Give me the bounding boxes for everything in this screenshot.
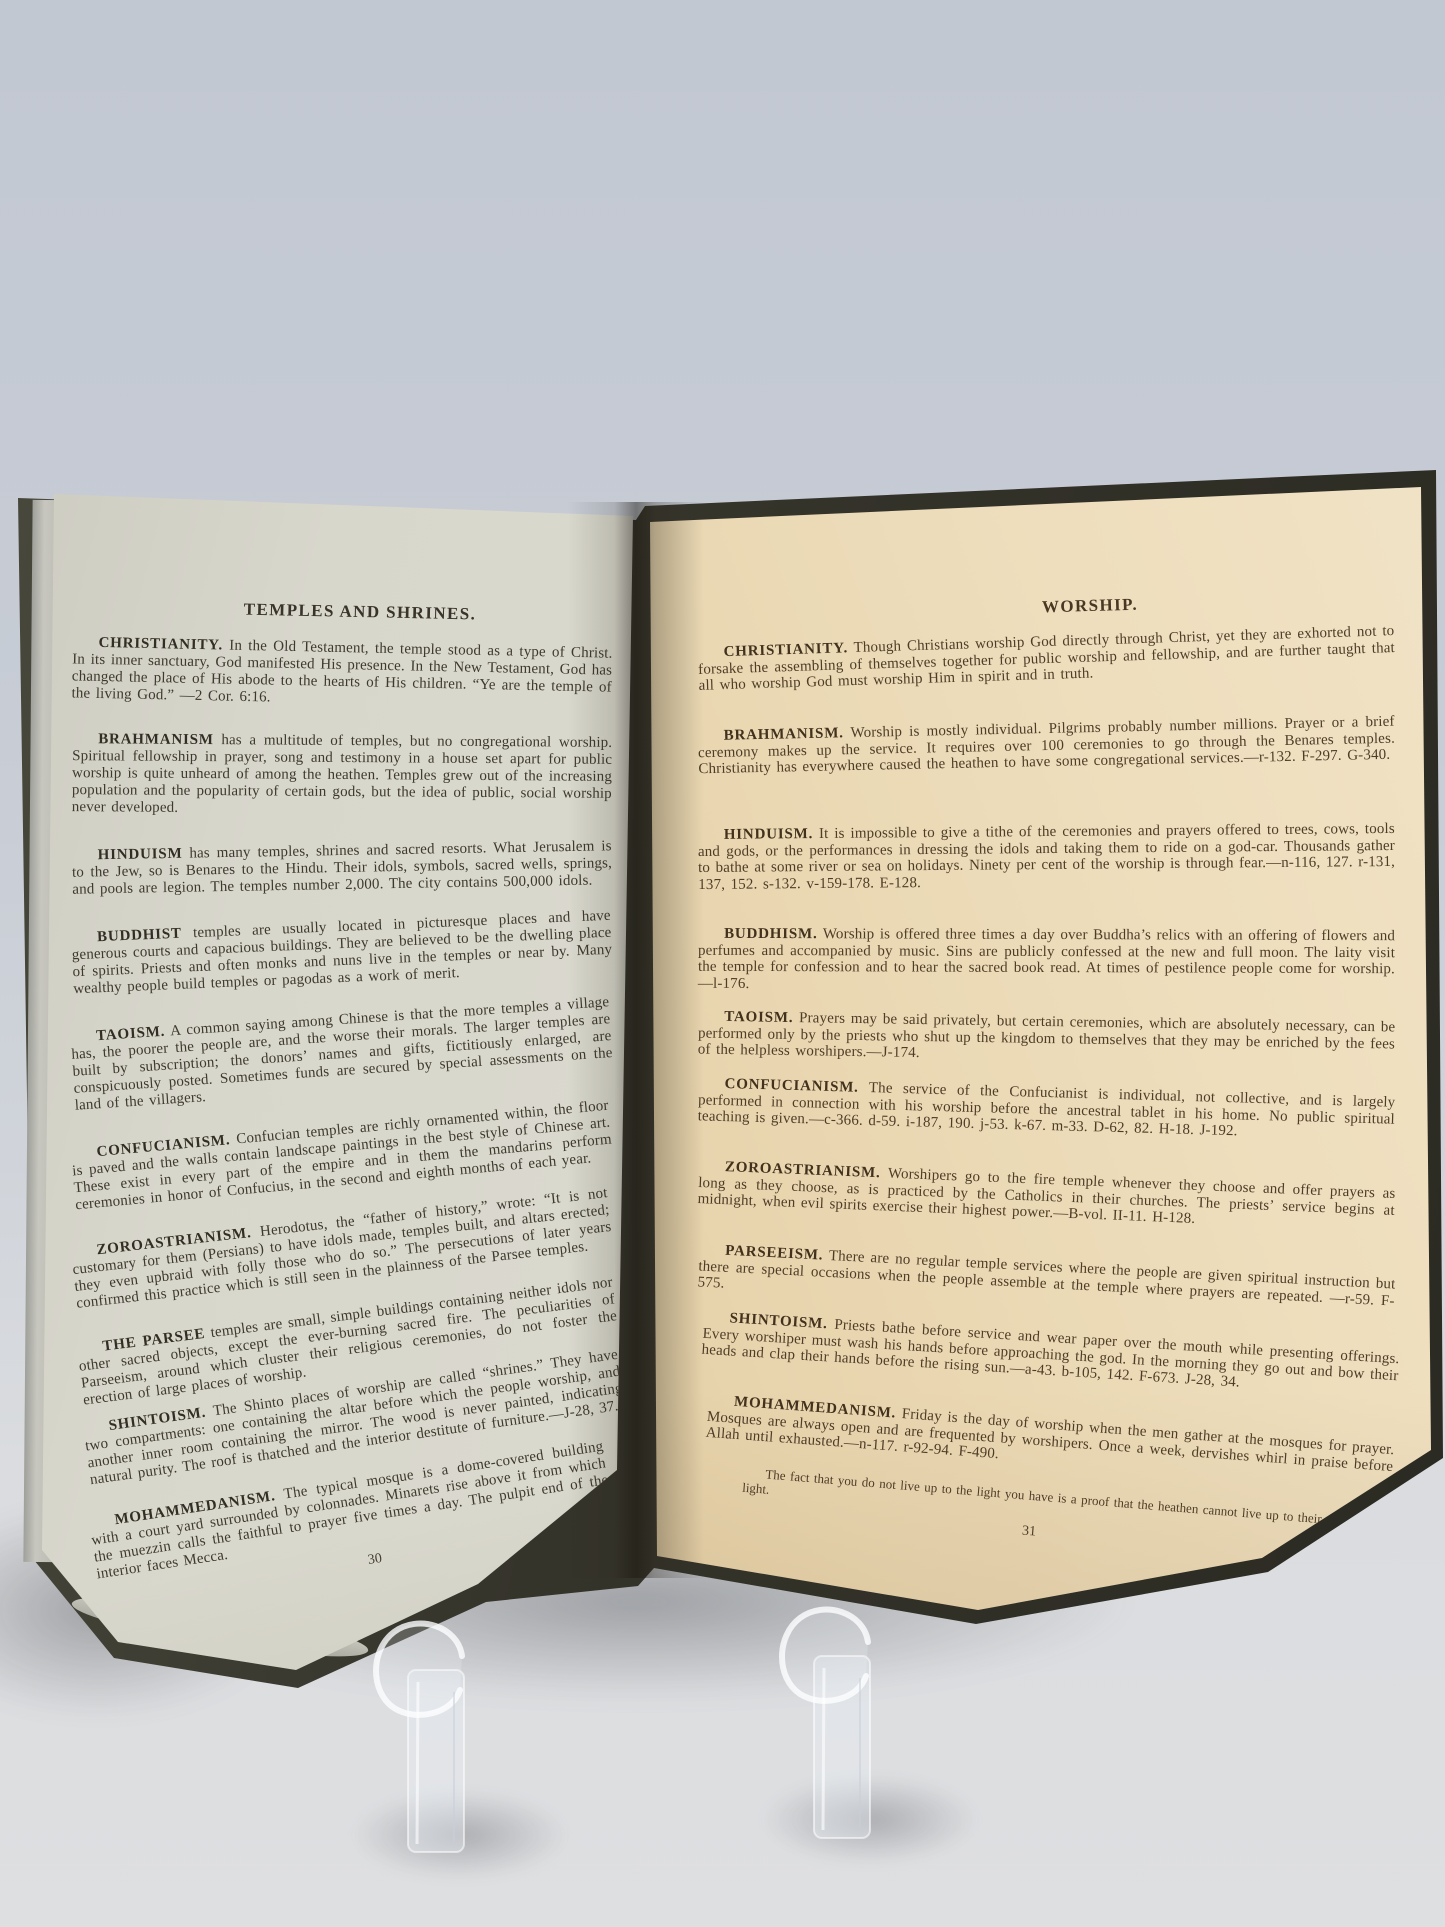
para-text: Prayers may be said privately, but certa… (698, 1010, 1396, 1061)
term-buddhism: BUDDHISM. (724, 926, 818, 942)
term-hinduism: HINDUISM. (724, 826, 813, 843)
right-para-buddhism: BUDDHISM. Worship is offered three times… (698, 926, 1395, 994)
book-photo: TEMPLES AND SHRINES. CHRISTIANITY. In th… (0, 0, 1445, 1927)
term-taoism: TAOISM. (724, 1009, 793, 1026)
acrylic-stand-right (768, 1598, 918, 1858)
right-page-number: 31 (1021, 1523, 1036, 1540)
right-para-hinduism: HINDUISM. It is impossible to give a tit… (698, 821, 1396, 893)
left-page-number: 30 (367, 1551, 383, 1569)
left-para-christianity: CHRISTIANITY. In the Old Testament, the … (71, 634, 612, 713)
left-para-brahmanism: BRAHMANISM has a multitude of temples, b… (72, 731, 613, 820)
left-para-hinduism: HINDUISM has many temples, shrines and s… (72, 838, 613, 898)
term-brahmanism: BRAHMANISM. (724, 725, 844, 744)
acrylic-stand-left (362, 1612, 512, 1872)
term-hinduism: HINDUISM (98, 846, 183, 863)
term-brahmanism: BRAHMANISM (98, 731, 214, 748)
term-christianity: CHRISTIANITY. (98, 635, 223, 654)
